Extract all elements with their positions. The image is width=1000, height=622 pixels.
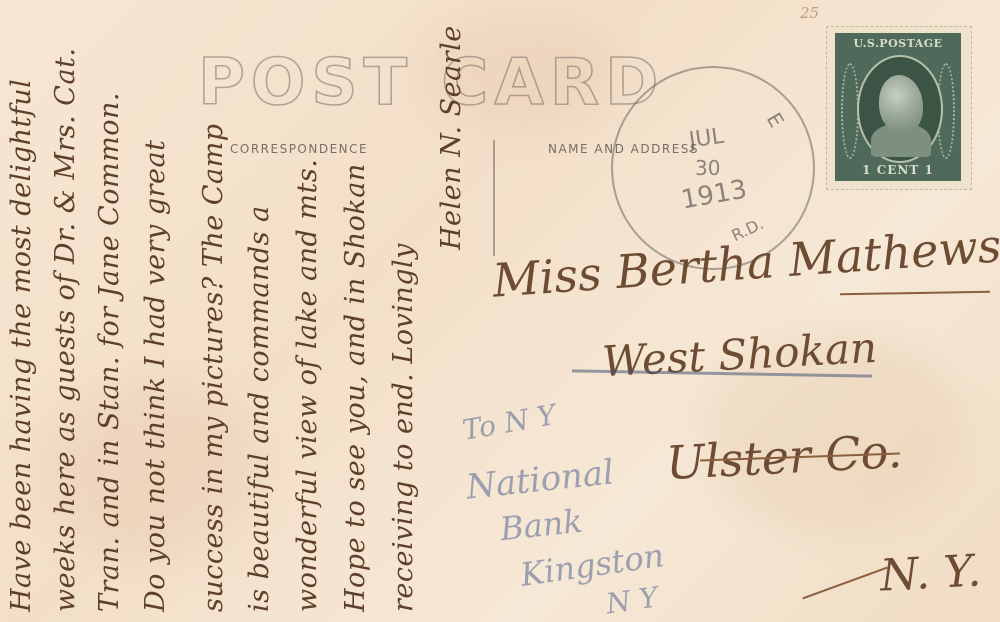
message-line: Have been having the most delightful (6, 79, 37, 612)
corner-pencil-mark: 25 (800, 4, 819, 22)
message-line: is beautiful and commands a (244, 205, 275, 612)
message-line: success in my pictures? The Camp (198, 124, 229, 613)
postmark-ring-text: E (762, 109, 789, 132)
postmark-month: JUL (687, 124, 725, 154)
stamp-top-text: U.S.POSTAGE (835, 37, 961, 50)
message-line: receiving to end. Lovingly (388, 243, 419, 612)
message-line: wonderful view of lake and mts. (292, 159, 323, 612)
forward-line-1: To N Y (460, 398, 558, 447)
forward-line-3: Bank (498, 502, 584, 548)
stamp-face: U.S.POSTAGE 1 CENT 1 (835, 33, 961, 181)
postcard-back: POST CARD CORRESPONDENCE NAME AND ADDRES… (0, 0, 1000, 622)
address-state: N. Y. (879, 545, 983, 601)
message-line: Tran. and in Stan. for Jane Common. (94, 92, 125, 612)
message-signature: Helen N. Searle (436, 25, 467, 250)
postmark-day: 30 (695, 156, 720, 180)
postage-stamp: U.S.POSTAGE 1 CENT 1 (826, 26, 972, 190)
washington-portrait-icon (857, 55, 943, 163)
pen-flourish (840, 291, 990, 296)
correspondence-header: CORRESPONDENCE (230, 142, 368, 156)
center-divider (493, 140, 495, 256)
message-line: weeks here as guests of Dr. & Mrs. Cat. (50, 48, 81, 613)
forward-line-2: National (464, 452, 615, 507)
stamp-denomination: 1 CENT 1 (835, 163, 961, 177)
pen-flourish (802, 567, 887, 600)
message-line: Do you not think I had very great (140, 140, 171, 612)
postcard-title: POST CARD (198, 46, 664, 120)
message-line: Hope to see you, and in Shokan (340, 163, 371, 612)
postmark-year: 1913 (679, 174, 749, 215)
portrait-head (879, 75, 923, 133)
forward-line-5: N Y (604, 581, 660, 621)
